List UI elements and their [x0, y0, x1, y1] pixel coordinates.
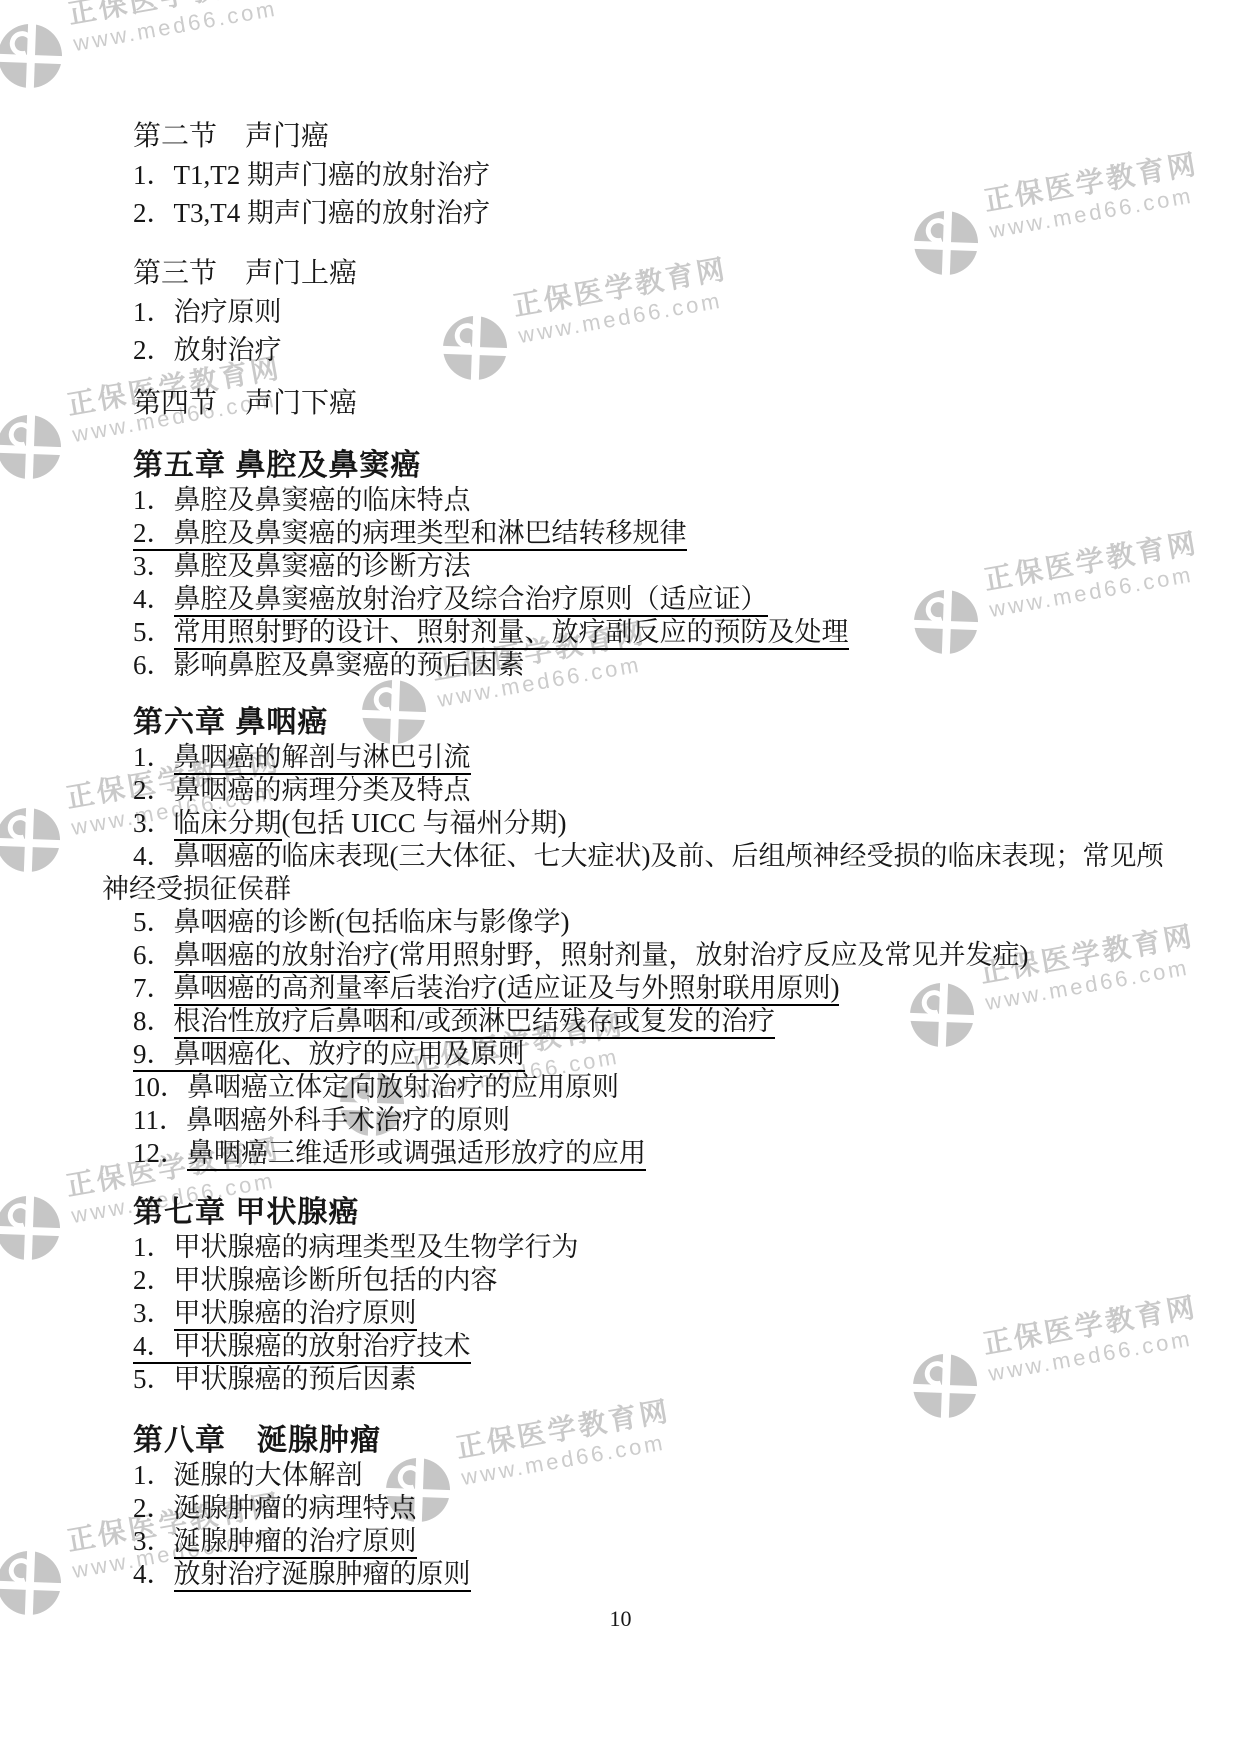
plain-text: 5． [133, 907, 174, 937]
toc-item: 3．临床分期(包括 UICC 与福州分期) [102, 807, 1164, 840]
toc-item: 2．甲状腺癌诊断所包括的内容 [102, 1264, 1164, 1297]
plain-text: 涎腺的大体解剖 [174, 1460, 363, 1490]
toc-item: 8．根治性放疗后鼻咽和/或颈淋巴结残存或复发的治疗 [102, 1005, 1164, 1038]
chapter-heading: 第五章 鼻腔及鼻窦癌 [133, 448, 1164, 484]
toc-item: 3．甲状腺癌的治疗原则 [102, 1297, 1164, 1330]
plain-text: 3． [133, 1526, 174, 1556]
med66-logo-icon [0, 19, 67, 93]
toc-item: 6．鼻咽癌的放射治疗(常用照射野，照射剂量，放射治疗反应及常见并发症) [102, 939, 1164, 972]
plain-text: 3． [133, 551, 174, 581]
plain-text: 2． [133, 1493, 174, 1523]
plain-text: 鼻腔及鼻窦癌的诊断方法 [174, 551, 471, 581]
plain-text: (包括 UICC 与福州分期) [282, 808, 567, 838]
plain-text: 6． [133, 940, 174, 970]
toc-item: 1．治疗原则 [102, 293, 1164, 331]
plain-text: 3． [133, 808, 174, 838]
plain-text: T1,T2 期声门癌的放射治疗 [174, 160, 491, 190]
med66-logo-icon [0, 1191, 65, 1265]
underlined-text: 甲状腺癌的治疗原则 [174, 1298, 417, 1331]
underlined-text: 9． [133, 1039, 174, 1072]
plain-text: 11． [133, 1105, 186, 1135]
underlined-text: 鼻咽癌三维适形或调强适形放疗的应用 [187, 1138, 646, 1171]
plain-text: 1． [133, 297, 174, 327]
underlined-text: 鼻腔及鼻窦癌的病理类型和淋巴结转移规律 [174, 518, 687, 551]
underlined-text: 临床分期 [174, 808, 282, 841]
plain-text: 鼻咽癌的诊断(包括临床与影像学) [174, 907, 570, 937]
toc-item: 4．鼻咽癌的临床表现(三大体征、七大症状)及前、后组颅神经受损的临床表现；常见颅… [102, 840, 1164, 906]
underlined-text: 鼻咽癌的放射治疗 [174, 940, 390, 973]
plain-text: 2． [133, 775, 174, 805]
section-heading: 第四节 声门下癌 [133, 385, 1164, 423]
toc-item: 11．鼻咽癌外科手术治疗的原则 [102, 1104, 1164, 1137]
document-page: 正保医学教育网www.med66.com正保医学教育网www.med66.com… [0, 0, 1241, 1755]
toc-item: 1．鼻腔及鼻窦癌的临床特点 [102, 484, 1164, 517]
plain-text: 1． [133, 485, 174, 515]
plain-text: 4． [133, 584, 174, 614]
plain-text: 8． [133, 1006, 174, 1036]
underlined-text: 涎腺肿瘤的治疗原则 [174, 1526, 417, 1559]
toc-item: 1．涎腺的大体解剖 [102, 1459, 1164, 1492]
toc-item: 5．常用照射野的设计、照射剂量、放疗副反应的预防及处理 [102, 616, 1164, 649]
toc-item: 1．T1,T2 期声门癌的放射治疗 [102, 156, 1164, 194]
plain-text: 鼻咽癌外科手术治疗的原则 [186, 1105, 510, 1135]
toc-item: 6．影响鼻腔及鼻窦癌的预后因素 [102, 649, 1164, 682]
toc-item: 9．鼻咽癌化、放疗的应用及原则 [102, 1038, 1164, 1071]
underlined-text: 2． [133, 518, 174, 551]
underlined-text: 甲状腺癌的放射治疗技术 [174, 1331, 471, 1364]
toc-item: 5．甲状腺癌的预后因素 [102, 1363, 1164, 1396]
plain-text: 涎腺肿瘤的病理特点 [174, 1493, 417, 1523]
plain-text: 2． [133, 335, 174, 365]
toc-item: 2．涎腺肿瘤的病理特点 [102, 1492, 1164, 1525]
plain-text: 5． [133, 1364, 174, 1394]
logo-hook-stroke [4, 1199, 37, 1232]
toc-item: 2．放射治疗 [102, 331, 1164, 369]
plain-text: 鼻咽癌立体定向放射治疗的应用原则 [187, 1072, 619, 1102]
plain-text: 治疗原则 [174, 297, 282, 327]
section-heading: 第二节 声门癌 [133, 118, 1164, 156]
toc-item: 1．甲状腺癌的病理类型及生物学行为 [102, 1231, 1164, 1264]
underlined-text: 鼻咽癌的高剂量率后装治疗(适应证及与外照射联用原则) [174, 973, 840, 1006]
underlined-text: 放射治疗涎腺肿瘤的原则 [174, 1559, 471, 1592]
underlined-text: 鼻咽癌化、放疗的应用及原则 [174, 1039, 525, 1072]
plain-text: 甲状腺癌的病理类型及生物学行为 [174, 1232, 579, 1262]
toc-item: 2．T3,T4 期声门癌的放射治疗 [102, 194, 1164, 232]
toc-item: 3．鼻腔及鼻窦癌的诊断方法 [102, 550, 1164, 583]
plain-text: 4． [133, 841, 174, 871]
plain-text: 2． [133, 1265, 174, 1295]
plain-text: 放射治疗 [174, 335, 282, 365]
logo-hook-stroke [6, 27, 39, 60]
toc-item: 4．放射治疗涎腺肿瘤的原则 [102, 1558, 1164, 1591]
toc-item: 5．鼻咽癌的诊断(包括临床与影像学) [102, 906, 1164, 939]
plain-text: 12． [133, 1138, 187, 1168]
toc-item: 3．涎腺肿瘤的治疗原则 [102, 1525, 1164, 1558]
plain-text: 1． [133, 1232, 174, 1262]
plain-text: 6． [133, 650, 174, 680]
plain-text: (常用照射野，照射剂量，放射治疗反应及常见并发症) [390, 940, 1029, 970]
plain-text: 1． [133, 742, 174, 772]
plain-text: 1． [133, 160, 174, 190]
toc-item: 2．鼻腔及鼻窦癌的病理类型和淋巴结转移规律 [102, 517, 1164, 550]
plain-text: 5． [133, 617, 174, 647]
toc-item: 4．鼻腔及鼻窦癌放射治疗及综合治疗原则（适应证） [102, 583, 1164, 616]
underlined-text: 常用照射野的设计、照射剂量、放疗副反应的预防及处理 [174, 617, 849, 650]
plain-text: 3． [133, 1298, 174, 1328]
toc-item: 2．鼻咽癌的病理分类及特点 [102, 774, 1164, 807]
plain-text: 影响鼻腔及鼻窦癌的预后因素 [174, 650, 525, 680]
plain-text: 甲状腺癌诊断所包括的内容 [174, 1265, 498, 1295]
plain-text: 10． [133, 1072, 187, 1102]
toc-content: 第二节 声门癌1．T1,T2 期声门癌的放射治疗2．T3,T4 期声门癌的放射治… [102, 0, 1164, 1591]
logo-hook-stroke [5, 418, 38, 451]
toc-item: 4．甲状腺癌的放射治疗技术 [102, 1330, 1164, 1363]
chapter-heading: 第六章 鼻咽癌 [133, 705, 1164, 741]
plain-text: 鼻咽癌的病理分类及特点 [174, 775, 471, 805]
plain-text: 神经受损征侯群 [102, 874, 291, 904]
chapter-heading: 第八章 涎腺肿瘤 [133, 1423, 1164, 1459]
logo-hook-stroke [5, 1554, 38, 1587]
plain-text: 7． [133, 973, 174, 1003]
plain-text: T3,T4 期声门癌的放射治疗 [174, 198, 491, 228]
plain-text: 鼻咽癌的临床表现(三大体征、七大症状)及前、后组颅神经受损的临床表现；常见颅 [174, 841, 1164, 871]
section-heading: 第三节 声门上癌 [133, 255, 1164, 293]
toc-item: 1．鼻咽癌的解剖与淋巴引流 [102, 741, 1164, 774]
logo-hook-stroke [4, 811, 37, 844]
underlined-text: 根治性放疗后鼻咽和/或颈淋巴结残存或复发的治疗 [174, 1006, 776, 1039]
underlined-text: 4． [133, 1331, 174, 1364]
med66-logo-icon [0, 410, 66, 484]
plain-text: 1． [133, 1460, 174, 1490]
underlined-text: 鼻咽癌的解剖与淋巴引流 [174, 742, 471, 775]
plain-text: 2． [133, 198, 174, 228]
plain-text: 4． [133, 1559, 174, 1589]
page-number: 10 [0, 1606, 1241, 1632]
plain-text: 鼻腔及鼻窦癌的临床特点 [174, 485, 471, 515]
chapter-heading: 第七章 甲状腺癌 [133, 1195, 1164, 1231]
toc-item: 10．鼻咽癌立体定向放射治疗的应用原则 [102, 1071, 1164, 1104]
underlined-text: 鼻腔及鼻窦癌放射治疗及综合治疗原则（适应证） [174, 584, 768, 617]
toc-item: 7．鼻咽癌的高剂量率后装治疗(适应证及与外照射联用原则) [102, 972, 1164, 1005]
toc-item: 12．鼻咽癌三维适形或调强适形放疗的应用 [102, 1137, 1164, 1170]
plain-text: 甲状腺癌的预后因素 [174, 1364, 417, 1394]
med66-logo-icon [0, 803, 65, 877]
